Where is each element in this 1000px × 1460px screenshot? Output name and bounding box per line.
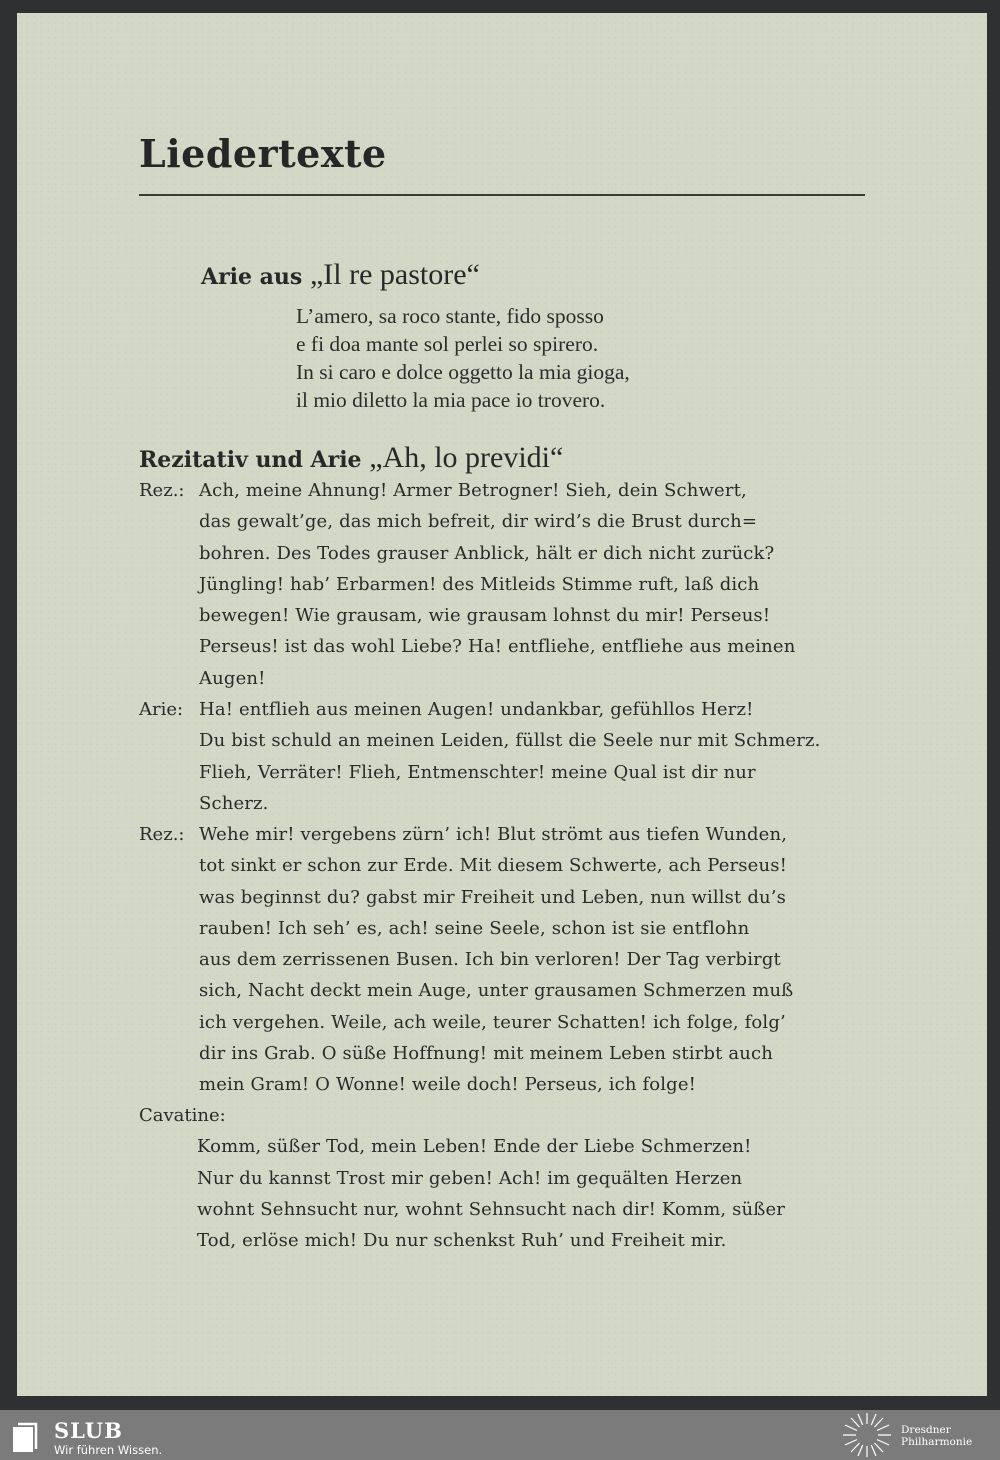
lyric-line: il mio diletto la mia pace io trovero. [296, 386, 630, 414]
lyric-line: sich, Nacht deckt mein Auge, unter graus… [199, 975, 793, 1006]
lyric-line: Nur du kannst Trost mir geben! Ach! im g… [197, 1163, 742, 1194]
block-label: Cavatine: [139, 1100, 226, 1131]
sunburst-ring-icon [842, 1412, 892, 1458]
lyric-line: das gewalt’ge, das mich befreit, dir wir… [199, 506, 757, 537]
lyric-line: Augen! [199, 663, 266, 694]
page-title: Liedertexte [139, 131, 387, 176]
slub-logo-text: SLUB [54, 1418, 123, 1443]
italian-lyrics: L’amero, sa roco stante, fido sposso e f… [296, 302, 630, 414]
heading-fraktur-part: Arie aus [201, 264, 310, 290]
lyric-line: wohnt Sehnsucht nur, wohnt Sehnsucht nac… [197, 1194, 785, 1225]
footer-bar: SLUB Wir führen Wissen. Dresdner Philhar… [0, 1410, 1000, 1460]
lyric-line: aus dem zerrissenen Busen. Ich bin verlo… [199, 944, 781, 975]
lyric-line: ich vergehen. Weile, ach weile, teurer S… [199, 1007, 786, 1038]
title-divider [139, 194, 865, 196]
lyric-line: Jüngling! hab’ Erbarmen! des Mitleids St… [199, 569, 759, 600]
philharmonie-line-1: Dresdner [901, 1424, 972, 1436]
block-label: Rez.: [139, 819, 184, 850]
block-label: Rez.: [139, 475, 184, 506]
lyric-line: was beginnst du? gabst mir Freiheit und … [199, 882, 786, 913]
lyric-line: rauben! Ich seh’ es, ach! seine Seele, s… [199, 913, 749, 944]
lyric-line: Komm, süßer Tod, mein Leben! Ende der Li… [197, 1131, 752, 1162]
lyric-line: Flieh, Verräter! Flieh, Entmenschter! me… [199, 757, 756, 788]
lyric-line: e fi doa mante sol perlei so spirero. [296, 330, 630, 358]
lyric-line: mein Gram! O Wonne! weile doch! Perseus,… [199, 1069, 696, 1100]
lyric-line: Wehe mir! vergebens zürn’ ich! Blut strö… [199, 819, 787, 850]
slub-tagline: Wir führen Wissen. [54, 1443, 162, 1457]
lyric-line: Ach, meine Ahnung! Armer Betrogner! Sieh… [199, 475, 747, 506]
lyric-line: Perseus! ist das wohl Liebe? Ha! entflie… [199, 631, 795, 662]
lyric-line: Du bist schuld an meinen Leiden, füllst … [199, 725, 821, 756]
lyric-line: In si caro e dolce oggetto la mia gioga, [296, 358, 630, 386]
philharmonie-logo-text: Dresdner Philharmonie [901, 1424, 972, 1448]
section-heading-ah-lo-previdi: Rezitativ und Arie „Ah, lo previdi“ [139, 441, 563, 475]
lyric-line: Scherz. [199, 788, 269, 819]
heading-fraktur-part: Rezitativ und Arie [139, 447, 369, 473]
section-heading-il-re-pastore: Arie aus „Il re pastore“ [201, 258, 480, 292]
lyric-line: Ha! entflieh aus meinen Augen! undankbar… [199, 694, 753, 725]
lyric-line: bohren. Des Todes grauser Anblick, hält … [199, 538, 774, 569]
lyric-line: Tod, erlöse mich! Du nur schenkst Ruh’ u… [197, 1225, 727, 1256]
heading-antiqua-part: „Ah, lo previdi“ [369, 441, 563, 474]
lyric-line: L’amero, sa roco stante, fido sposso [296, 302, 630, 330]
lyric-line: bewegen! Wie grausam, wie grausam lohnst… [199, 600, 770, 631]
book-icon [13, 1422, 41, 1452]
lyric-line: dir ins Grab. O süße Hoffnung! mit meine… [199, 1038, 773, 1069]
lyric-line: tot sinkt er schon zur Erde. Mit diesem … [199, 850, 787, 881]
scanned-page: Liedertexte Arie aus „Il re pastore“ L’a… [17, 13, 987, 1396]
block-label: Arie: [139, 694, 183, 725]
heading-antiqua-part: „Il re pastore“ [310, 258, 480, 291]
philharmonie-line-2: Philharmonie [901, 1436, 972, 1448]
